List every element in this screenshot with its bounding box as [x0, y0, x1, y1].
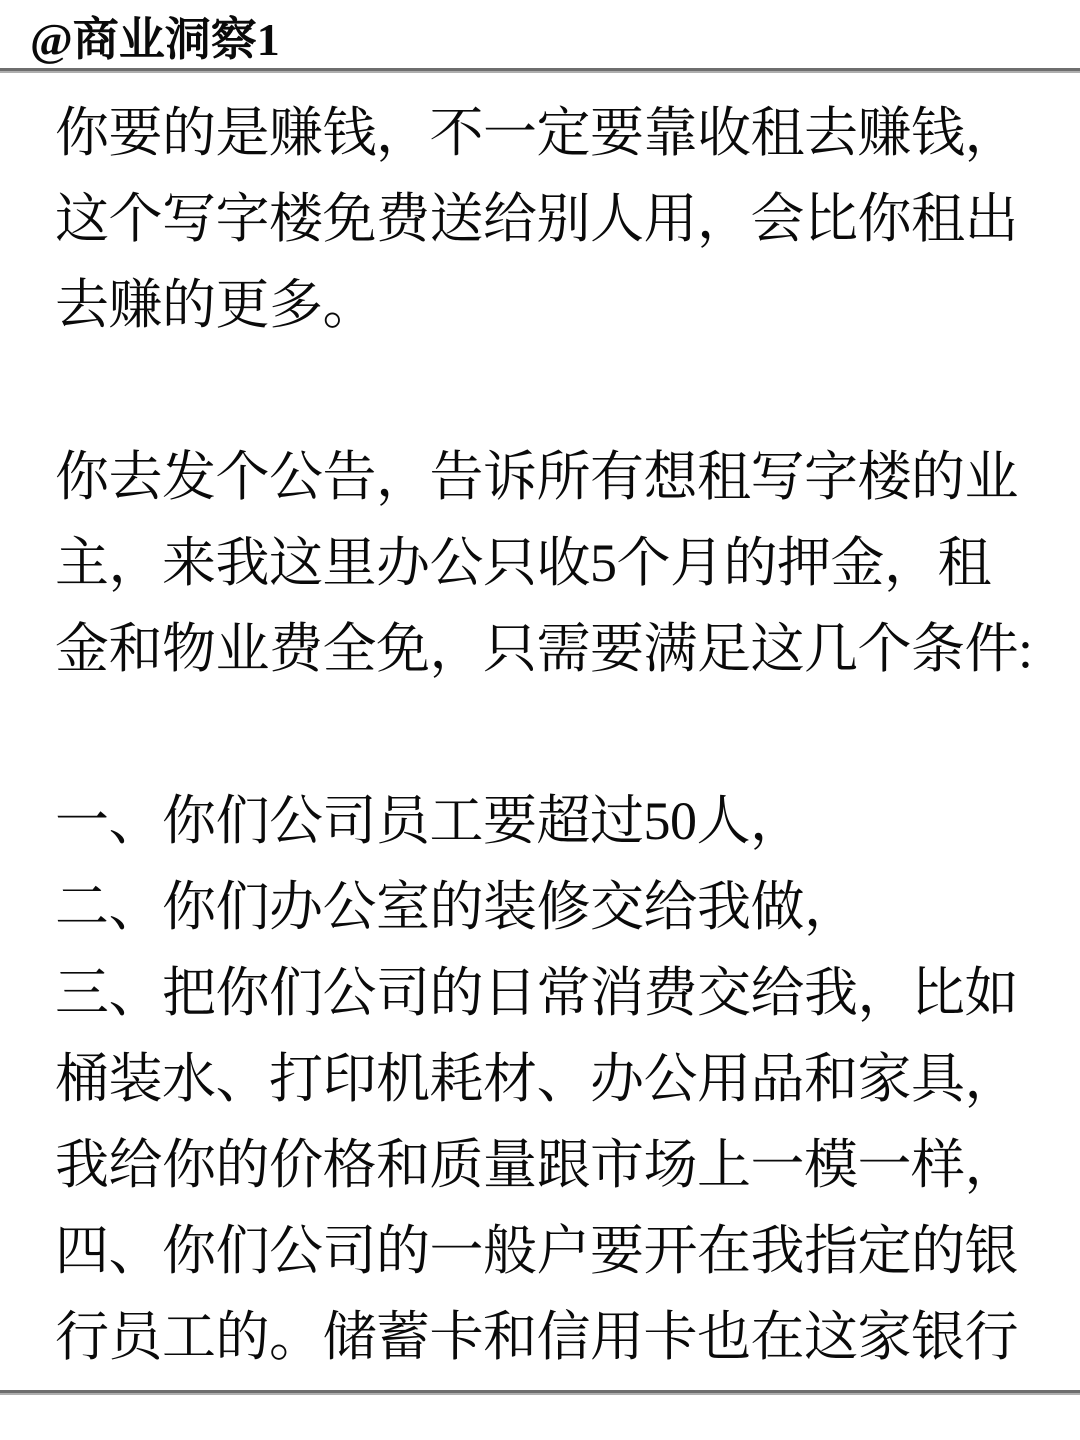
text-line: 主，来我这里办公只收5个月的押金，租	[55, 520, 1080, 606]
text-line: 金和物业费全免，只需要满足这几个条件:	[55, 606, 1080, 692]
text-line: 你去发个公告，告诉所有想租写字楼的业	[55, 434, 1080, 520]
post-header: @商业洞察1	[0, 0, 1080, 68]
text-line: 这个写字楼免费送给别人用，会比你租出	[55, 176, 1080, 262]
text-line: 去赚的更多。	[55, 262, 1080, 348]
list-item-line: 二、你们办公室的装修交给我做，	[55, 864, 1080, 950]
list-item-line: 桶装水、打印机耗材、办公用品和家具，	[55, 1036, 1080, 1122]
list-item-line: 行员工的。储蓄卡和信用卡也在这家银行	[55, 1294, 1080, 1380]
post-body: 你要的是赚钱，不一定要靠收租去赚钱， 这个写字楼免费送给别人用，会比你租出 去赚…	[0, 73, 1080, 1380]
list-item-line: 四、你们公司的一般户要开在我指定的银	[55, 1208, 1080, 1294]
author-handle: @商业洞察1	[30, 12, 1080, 68]
list-item-line: 三、把你们公司的日常消费交给我，比如	[55, 950, 1080, 1036]
conditions-list: 一、你们公司员工要超过50人， 二、你们办公室的装修交给我做， 三、把你们公司的…	[55, 778, 1080, 1380]
divider-bottom	[0, 1390, 1080, 1395]
text-line: 你要的是赚钱，不一定要靠收租去赚钱，	[55, 90, 1080, 176]
list-item-line: 我给你的价格和质量跟市场上一模一样，	[55, 1122, 1080, 1208]
paragraph: 你去发个公告，告诉所有想租写字楼的业 主，来我这里办公只收5个月的押金，租 金和…	[55, 434, 1080, 692]
list-item-line: 一、你们公司员工要超过50人，	[55, 778, 1080, 864]
paragraph: 你要的是赚钱，不一定要靠收租去赚钱， 这个写字楼免费送给别人用，会比你租出 去赚…	[55, 90, 1080, 348]
post-page: @商业洞察1 你要的是赚钱，不一定要靠收租去赚钱， 这个写字楼免费送给别人用，会…	[0, 0, 1080, 1440]
